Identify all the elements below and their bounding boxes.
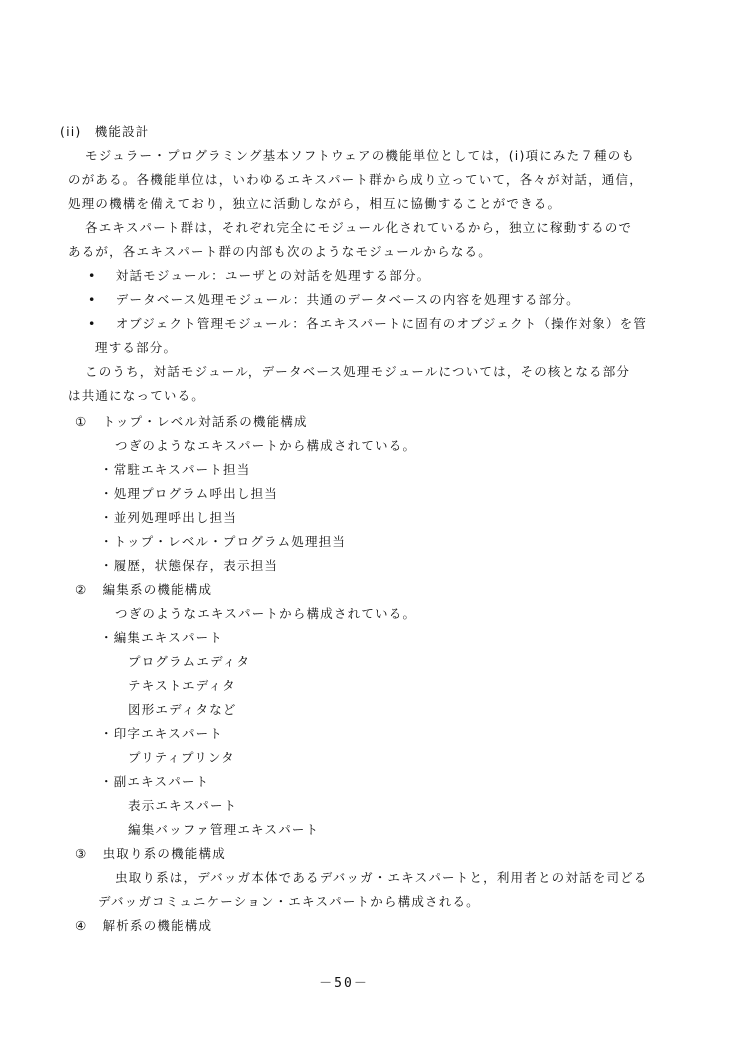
group-child: プリティプリンタ: [128, 750, 235, 766]
section-title: 機能設計: [95, 124, 150, 139]
subsection-3-body-line-1: 虫取り系は，デバッガ本体であるデバッガ・エキスパートと，利用者との対話を司どる: [115, 870, 648, 886]
group-child: 編集バッファ管理エキスパート: [128, 822, 319, 838]
group-child: プログラムエディタ: [128, 654, 250, 670]
list-item: ・トップ・レベル・プログラム処理担当: [100, 534, 346, 550]
paragraph-3-line-2: は共通になっている。: [68, 388, 205, 404]
paragraph-3-line-1: このうち，対話モジュール，データベース処理モジュールについては，その核となる部分: [85, 364, 630, 380]
section-marker: (ii): [60, 124, 82, 139]
list-item: ・常駐エキスパート担当: [100, 462, 250, 478]
page-number: －50－: [0, 972, 688, 991]
paragraph-1-line-3: 処理の機構を備えており，独立に活動しながら，相互に協働することができる。: [68, 196, 561, 212]
module-text: 対話モジュール：ユーザとの対話を処理する部分。: [116, 268, 431, 283]
circled-number: ③: [75, 846, 87, 861]
group-label: ・編集エキスパート: [100, 630, 223, 646]
list-item: ・並列処理呼出し担当: [100, 510, 237, 526]
module-item: • データベース処理モジュール：共通のデータベースの内容を処理する部分。: [88, 292, 580, 308]
subsection-3-heading: ③ 虫取り系の機能構成: [75, 846, 226, 862]
group-label: ・副エキスパート: [100, 774, 209, 790]
group-child: 図形エディタなど: [128, 702, 237, 718]
subsection-1-heading: ① トップ・レベル対話系の機能構成: [75, 414, 308, 430]
paragraph-2-line-2: あるが，各エキスパート群の内部も次のようなモジュールからなる。: [68, 244, 492, 260]
paragraph-2-line-1: 各エキスパート群は，それぞれ完全にモジュール化されているから，独立に稼動するので: [85, 220, 632, 236]
bullet-icon: •: [88, 292, 97, 307]
subsection-2-intro: つぎのようなエキスパートから構成されている。: [115, 606, 416, 622]
list-item: ・履歴，状態保存，表示担当: [100, 558, 278, 574]
bullet-icon: •: [88, 316, 97, 331]
module-item: • 対話モジュール：ユーザとの対話を処理する部分。: [88, 268, 430, 284]
list-item: ・処理プログラム呼出し担当: [100, 486, 278, 502]
circled-number: ④: [75, 918, 87, 933]
subsection-title: トップ・レベル対話系の機能構成: [103, 414, 308, 429]
circled-number: ①: [75, 414, 87, 429]
subsection-title: 解析系の機能構成: [103, 918, 213, 933]
subsection-2-heading: ② 編集系の機能構成: [75, 582, 212, 598]
subsection-4-heading: ④ 解析系の機能構成: [75, 918, 212, 934]
subsection-1-intro: つぎのようなエキスパートから構成されている。: [115, 438, 416, 454]
subsection-title: 編集系の機能構成: [103, 582, 213, 597]
subsection-title: 虫取り系の機能構成: [103, 846, 226, 861]
circled-number: ②: [75, 582, 87, 597]
module-text: オブジェクト管理モジュール：各エキスパートに固有のオブジェクト（操作対象）を管: [116, 316, 647, 331]
module-item: • オブジェクト管理モジュール：各エキスパートに固有のオブジェクト（操作対象）を…: [88, 316, 647, 332]
group-child: テキストエディタ: [128, 678, 236, 694]
document-page: (ii) 機能設計 モジュラー・プログラミング基本ソフトウェアの機能単位としては…: [0, 0, 750, 1054]
paragraph-1-line-1: モジュラー・プログラミング基本ソフトウェアの機能単位としては，(i)項にみた７種…: [85, 148, 635, 164]
bullet-icon: •: [88, 268, 97, 283]
group-label: ・印字エキスパート: [100, 726, 223, 742]
section-heading: (ii) 機能設計: [60, 124, 150, 140]
module-continuation: 理する部分。: [95, 340, 177, 356]
module-text: データベース処理モジュール：共通のデータベースの内容を処理する部分。: [116, 292, 580, 307]
group-child: 表示エキスパート: [128, 798, 237, 814]
paragraph-1-line-2: のがある。各機能単位は，いわゆるエキスパート群から成り立っていて，各々が対話，通…: [68, 172, 643, 188]
subsection-3-body-line-2: デバッガコミュニケーション・エキスパートから構成される。: [98, 894, 480, 910]
